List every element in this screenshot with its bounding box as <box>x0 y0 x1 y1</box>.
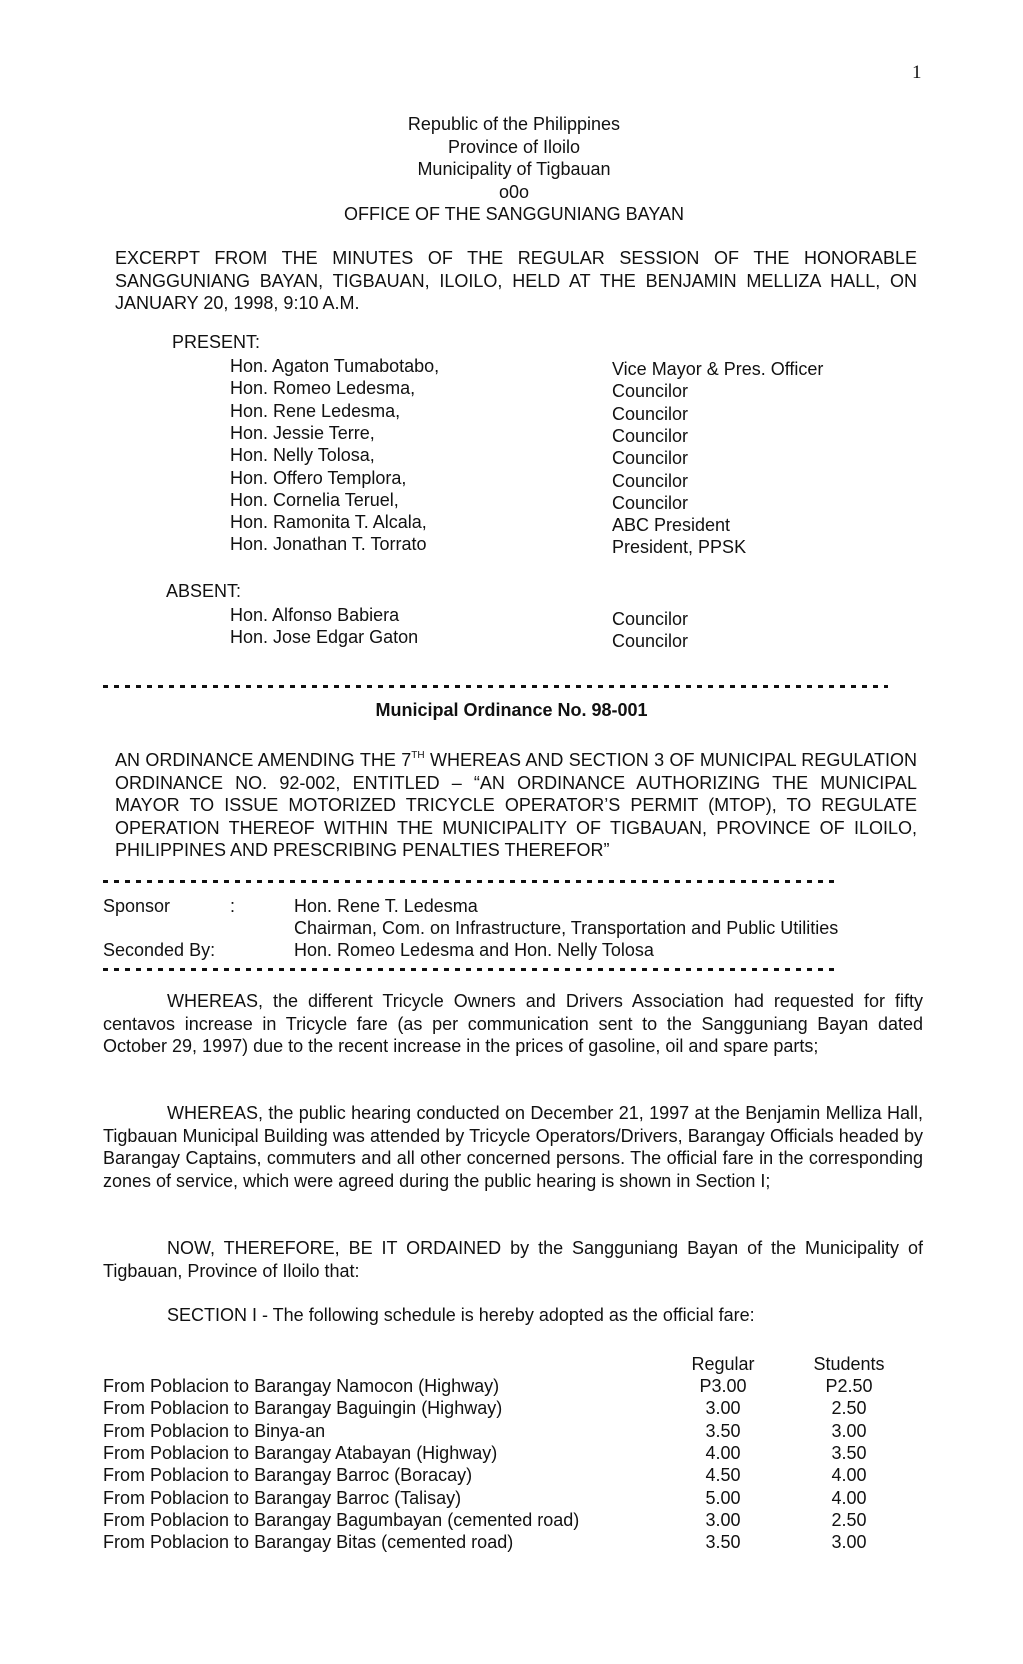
present-member-position: Councilor <box>612 493 688 514</box>
fare-header-regular: Regular <box>678 1354 768 1375</box>
header-republic: Republic of the Philippines <box>300 113 728 136</box>
sponsor-name: Hon. Rene T. Ledesma <box>294 896 478 917</box>
separator-line <box>103 880 838 883</box>
sponsor-label: Sponsor <box>103 896 170 917</box>
absent-member-name: Hon. Alfonso Babiera <box>230 605 399 626</box>
fare-students: 3.00 <box>804 1421 894 1442</box>
fare-route: From Poblacion to Barangay Barroc (Borac… <box>103 1465 472 1486</box>
seconded-label: Seconded By: <box>103 940 215 961</box>
fare-regular: 4.00 <box>678 1443 768 1464</box>
fare-regular: 3.50 <box>678 1532 768 1553</box>
fare-students: 3.50 <box>804 1443 894 1464</box>
fare-regular: 3.00 <box>678 1398 768 1419</box>
seconded-names: Hon. Romeo Ledesma and Hon. Nelly Tolosa <box>294 940 654 961</box>
present-member-position: ABC President <box>612 515 730 536</box>
fare-students: 4.00 <box>804 1465 894 1486</box>
whereas-paragraph-1: WHEREAS, the different Tricycle Owners a… <box>103 990 923 1058</box>
fare-students: 2.50 <box>804 1398 894 1419</box>
separator-line <box>103 968 838 971</box>
fare-route: From Poblacion to Barangay Baguingin (Hi… <box>103 1398 502 1419</box>
ordinance-text-part-1: AN ORDINANCE AMENDING THE 7 <box>115 750 411 770</box>
present-member-position: Councilor <box>612 404 688 425</box>
sponsor-colon: : <box>230 896 235 917</box>
section-1-text: SECTION I - The following schedule is he… <box>167 1305 755 1325</box>
fare-route: From Poblacion to Barangay Barroc (Talis… <box>103 1488 461 1509</box>
whereas-paragraph-2: WHEREAS, the public hearing conducted on… <box>103 1102 923 1192</box>
fare-regular: 3.50 <box>678 1421 768 1442</box>
fare-header-students: Students <box>804 1354 894 1375</box>
fare-students: 3.00 <box>804 1532 894 1553</box>
ordained-text: NOW, THEREFORE, BE IT ORDAINED by the Sa… <box>103 1238 923 1281</box>
fare-regular: 5.00 <box>678 1488 768 1509</box>
document-header: Republic of the Philippines Province of … <box>300 113 728 226</box>
fare-students: 4.00 <box>804 1488 894 1509</box>
header-province: Province of Iloilo <box>300 136 728 159</box>
present-member-name: Hon. Agaton Tumabotabo, <box>230 356 439 377</box>
present-member-position: Councilor <box>612 448 688 469</box>
present-member-name: Hon. Nelly Tolosa, <box>230 445 375 466</box>
header-municipality: Municipality of Tigbauan <box>300 158 728 181</box>
present-member-position: Councilor <box>612 426 688 447</box>
sponsor-title: Chairman, Com. on Infrastructure, Transp… <box>294 918 838 939</box>
whereas-1-text: WHEREAS, the different Tricycle Owners a… <box>103 991 923 1056</box>
present-member-name: Hon. Cornelia Teruel, <box>230 490 399 511</box>
fare-regular: 3.00 <box>678 1510 768 1531</box>
header-office: OFFICE OF THE SANGGUNIANG BAYAN <box>300 203 728 226</box>
section-1-paragraph: SECTION I - The following schedule is he… <box>103 1304 923 1327</box>
ordinance-superscript: TH <box>411 750 424 761</box>
fare-route: From Poblacion to Barangay Namocon (High… <box>103 1376 499 1397</box>
present-member-position: Councilor <box>612 381 688 402</box>
present-member-name: Hon. Ramonita T. Alcala, <box>230 512 427 533</box>
ordinance-title: Municipal Ordinance No. 98-001 <box>0 700 1023 721</box>
fare-students: 2.50 <box>804 1510 894 1531</box>
present-member-name: Hon. Romeo Ledesma, <box>230 378 415 399</box>
excerpt-paragraph: EXCERPT FROM THE MINUTES OF THE REGULAR … <box>115 247 917 315</box>
fare-route: From Poblacion to Barangay Atabayan (Hig… <box>103 1443 497 1464</box>
present-member-name: Hon. Offero Templora, <box>230 468 406 489</box>
fare-regular: P3.00 <box>678 1376 768 1397</box>
absent-member-name: Hon. Jose Edgar Gaton <box>230 627 418 648</box>
whereas-2-text: WHEREAS, the public hearing conducted on… <box>103 1103 923 1191</box>
fare-regular: 4.50 <box>678 1465 768 1486</box>
header-ornament: o0o <box>300 181 728 204</box>
present-member-name: Hon. Jonathan T. Torrato <box>230 534 426 555</box>
page-number: 1 <box>912 62 922 84</box>
separator-line <box>103 685 888 688</box>
fare-students: P2.50 <box>804 1376 894 1397</box>
present-member-position: Vice Mayor & Pres. Officer <box>612 359 823 380</box>
present-member-position: Councilor <box>612 471 688 492</box>
fare-route: From Poblacion to Barangay Bitas (cement… <box>103 1532 513 1553</box>
absent-label: ABSENT: <box>166 581 241 602</box>
present-member-name: Hon. Rene Ledesma, <box>230 401 400 422</box>
absent-member-position: Councilor <box>612 609 688 630</box>
fare-route: From Poblacion to Binya-an <box>103 1421 325 1442</box>
ordained-paragraph: NOW, THEREFORE, BE IT ORDAINED by the Sa… <box>103 1237 923 1282</box>
present-label: PRESENT: <box>172 332 260 353</box>
fare-route: From Poblacion to Barangay Bagumbayan (c… <box>103 1510 579 1531</box>
present-member-position: President, PPSK <box>612 537 746 558</box>
absent-member-position: Councilor <box>612 631 688 652</box>
present-member-name: Hon. Jessie Terre, <box>230 423 375 444</box>
ordinance-description: AN ORDINANCE AMENDING THE 7TH WHEREAS AN… <box>115 745 917 862</box>
